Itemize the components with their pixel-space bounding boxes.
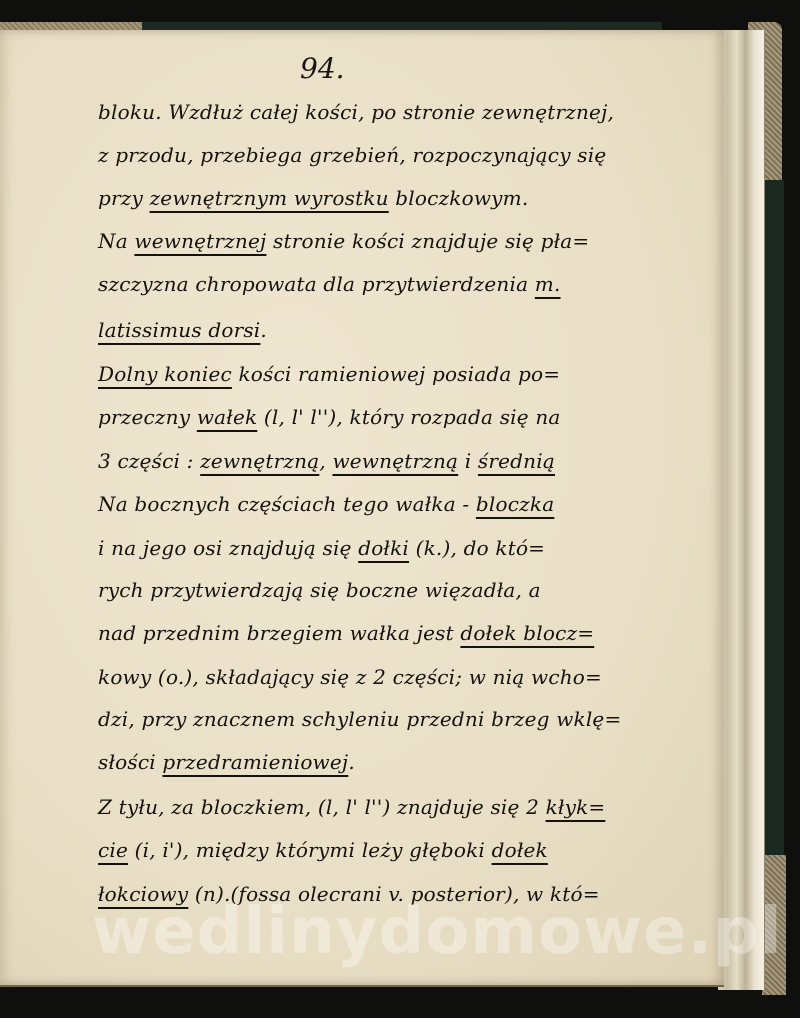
text-segment: przy xyxy=(98,186,150,210)
underlined-term: m. xyxy=(535,272,561,296)
text-line: dzi, przy znacznem schyleniu przedni brz… xyxy=(98,707,621,731)
text-segment: (l, l' l''), który rozpada się na xyxy=(257,405,560,429)
underlined-term: zewnętrznym wyrostku xyxy=(150,186,389,210)
text-segment: (k.), do któ= xyxy=(409,536,545,560)
text-segment: słości xyxy=(98,750,162,774)
text-segment: i xyxy=(458,449,478,473)
text-segment: przeczny xyxy=(98,405,197,429)
text-line: latissimus dorsi. xyxy=(98,318,267,342)
text-line: cie (i, i'), między którymi leży głęboki… xyxy=(98,838,548,862)
underlined-term: Dolny koniec xyxy=(98,362,232,386)
underlined-term: dołki xyxy=(358,536,409,560)
page-number: 94. xyxy=(300,52,345,85)
underlined-term: cie xyxy=(98,838,128,862)
underlined-term: kłyk= xyxy=(546,795,606,819)
text-segment: Na xyxy=(98,229,134,253)
text-segment: z przodu, przebiega grzebień, rozpoczyna… xyxy=(98,143,606,167)
text-segment: . xyxy=(348,750,355,774)
underlined-term: zewnętrzną xyxy=(200,449,319,473)
underlined-term: bloczka xyxy=(476,492,554,516)
text-segment: kowy (o.), składający się z 2 części; w … xyxy=(98,665,602,689)
text-line: przeczny wałek (l, l' l''), który rozpad… xyxy=(98,405,561,429)
underlined-term: średnią xyxy=(478,449,555,473)
text-segment: Na bocznych częściach tego wałka - xyxy=(98,492,476,516)
text-segment: 3 części : xyxy=(98,449,200,473)
text-segment: , xyxy=(319,449,332,473)
text-segment: szczyzna chropowata dla przytwierdzenia xyxy=(98,272,535,296)
text-line: przy zewnętrznym wyrostku bloczkowym. xyxy=(98,186,528,210)
underlined-term: wewnętrznej xyxy=(134,229,266,253)
text-line: Dolny koniec kości ramieniowej posiada p… xyxy=(98,362,560,386)
page-edges-stack xyxy=(718,30,765,990)
text-line: nad przednim brzegiem wałka jest dołek b… xyxy=(98,621,594,645)
text-segment: stronie kości znajduje się pła= xyxy=(266,229,589,253)
text-segment: dzi, przy znacznem schyleniu przedni brz… xyxy=(98,707,621,731)
text-line: Na wewnętrznej stronie kości znajduje si… xyxy=(98,229,589,253)
text-line: kowy (o.), składający się z 2 części; w … xyxy=(98,665,602,689)
text-segment: Z tyłu, za bloczkiem, (l, l' l'') znajdu… xyxy=(98,795,546,819)
text-line: szczyzna chropowata dla przytwierdzenia … xyxy=(98,272,561,296)
underlined-term: wałek xyxy=(197,405,257,429)
text-line: bloku. Wzdłuż całej kości, po stronie ze… xyxy=(98,100,614,124)
text-line: Na bocznych częściach tego wałka - blocz… xyxy=(98,492,554,516)
text-segment: rych przytwierdzają się boczne więzadła,… xyxy=(98,578,541,602)
underlined-term: wewnętrzną xyxy=(332,449,458,473)
text-segment: (i, i'), między którymi leży głęboki xyxy=(128,838,492,862)
watermark: wedlinydomowe.pl xyxy=(92,895,783,969)
text-segment: kości ramieniowej posiada po= xyxy=(232,362,560,386)
text-line: 3 części : zewnętrzną, wewnętrzną i śred… xyxy=(98,449,555,473)
text-segment: bloku. Wzdłuż całej kości, po stronie ze… xyxy=(98,100,614,124)
text-line: rych przytwierdzają się boczne więzadła,… xyxy=(98,578,541,602)
text-line: słości przedramieniowej. xyxy=(98,750,355,774)
text-segment: nad przednim brzegiem wałka jest xyxy=(98,621,460,645)
underlined-term: przedramieniowej xyxy=(162,750,348,774)
text-line: z przodu, przebiega grzebień, rozpoczyna… xyxy=(98,143,606,167)
text-segment: . xyxy=(260,318,267,342)
text-line: i na jego osi znajdują się dołki (k.), d… xyxy=(98,536,545,560)
text-segment: bloczkowym. xyxy=(389,186,529,210)
text-line: Z tyłu, za bloczkiem, (l, l' l'') znajdu… xyxy=(98,795,605,819)
underlined-term: dołek xyxy=(492,838,548,862)
text-segment: i na jego osi znajdują się xyxy=(98,536,358,560)
underlined-term: latissimus dorsi xyxy=(98,318,260,342)
underlined-term: dołek blocz= xyxy=(460,621,594,645)
